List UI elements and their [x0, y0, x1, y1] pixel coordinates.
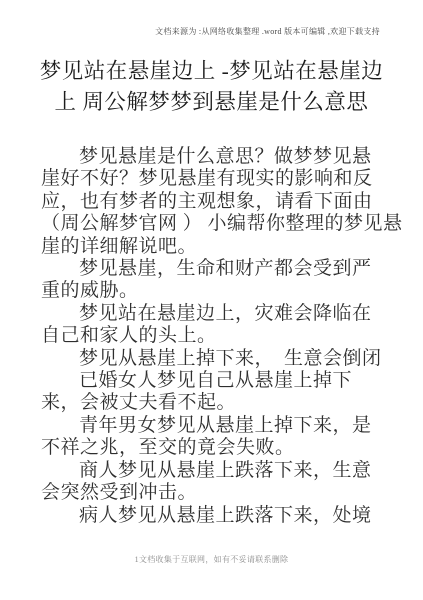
- body-text-line: 崖好不好？梦见悬崖有现实的影响和反: [41, 168, 393, 190]
- body-text-line: 病人梦见从悬崖上跌落下来，处境: [41, 505, 393, 527]
- body-text-line: 应，也有梦者的主观想象，请看下面由: [41, 191, 393, 213]
- header-source-note: 文档来源为 :从网络收集整理 .word 版本可编辑 ,欢迎下载支持: [155, 26, 380, 37]
- page-title: 梦见站在悬崖边上 -梦见站在悬崖边 上 周公解梦梦到悬崖是什么意思: [0, 56, 423, 118]
- body-text-line: 梦见站在悬崖边上，灾难会降临在: [41, 303, 393, 325]
- body-text-line: 不祥之兆，至交的竟会失败。: [41, 437, 393, 459]
- page-title-line-2: 上 周公解梦梦到悬崖是什么意思: [0, 87, 423, 118]
- body-text-line: （周公解梦官网 ） 小编帮你整理的梦见悬: [41, 213, 393, 235]
- body-text-line: 已婚女人梦见自己从悬崖上掉下: [41, 370, 393, 392]
- body-text-line: 梦见悬崖是什么意思？做梦梦见悬: [41, 146, 393, 168]
- body-text-line: 会突然受到冲击。: [41, 482, 393, 504]
- document-page: 文档来源为 :从网络收集整理 .word 版本可编辑 ,欢迎下载支持 梦见站在悬…: [0, 0, 423, 600]
- document-body: 梦见悬崖是什么意思？做梦梦见悬崖好不好？梦见悬崖有现实的影响和反应，也有梦者的主…: [41, 146, 393, 527]
- page-title-line-1: 梦见站在悬崖边上 -梦见站在悬崖边: [0, 56, 423, 87]
- body-text-line: 梦见从悬崖上掉下来， 生意会倒闭: [41, 348, 393, 370]
- footer-disclaimer-note: 1文档收集于互联网，如有不妥请联系删除: [0, 554, 423, 565]
- body-text-line: 重的威胁。: [41, 280, 393, 302]
- body-text-line: 商人梦见从悬崖上跌落下来，生意: [41, 460, 393, 482]
- body-text-line: 来，会被丈夫看不起。: [41, 392, 393, 414]
- body-text-line: 梦见悬崖，生命和财产都会受到严: [41, 258, 393, 280]
- body-text-line: 自己和家人的头上。: [41, 325, 393, 347]
- body-text-line: 青年男女梦见从悬崖上掉下来，是: [41, 415, 393, 437]
- body-text-line: 崖的详细解说吧。: [41, 236, 393, 258]
